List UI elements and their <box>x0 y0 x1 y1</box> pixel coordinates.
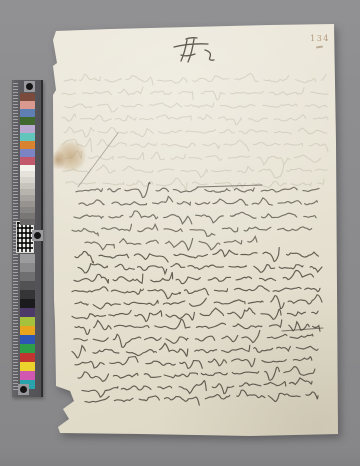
calibration-color-patch <box>20 125 35 133</box>
fiducial-dot-bottom <box>20 386 27 393</box>
paper-stain-edge <box>52 150 66 170</box>
calibration-color-patch <box>20 157 35 165</box>
fiducial-dot-middle <box>34 232 41 239</box>
color-calibration-target <box>12 80 43 397</box>
calibration-dark-step <box>20 263 35 272</box>
calibration-color-patch <box>20 371 35 380</box>
calibration-color-patch <box>20 362 35 371</box>
calibration-color-patch <box>20 93 35 101</box>
calibration-color-patch <box>20 344 35 353</box>
calibration-color-patch <box>20 317 35 326</box>
calibration-dark-step <box>20 281 35 290</box>
calibration-color-patch <box>20 117 35 125</box>
folio-number: 134 <box>300 34 340 43</box>
calibration-color-patch <box>20 133 35 141</box>
folio-tick-mark <box>316 46 323 49</box>
calibration-gray-step <box>20 219 35 225</box>
calibration-dark-step <box>20 254 35 263</box>
calibration-color-patch <box>20 141 35 149</box>
photograph-stage: 134 <box>0 0 360 466</box>
calibration-color-patch <box>20 326 35 335</box>
manuscript-page: 134 <box>50 22 340 442</box>
calibration-dark-step <box>20 272 35 281</box>
calibration-color-patch <box>20 101 35 109</box>
calibration-barcode <box>17 222 33 252</box>
calibration-color-patch <box>20 308 35 317</box>
calibration-color-patch <box>20 109 35 117</box>
calibration-color-patch <box>20 335 35 344</box>
paper-shadow-wrap: 134 <box>0 0 360 466</box>
calibration-color-patch <box>20 353 35 362</box>
calibration-color-patch <box>20 149 35 157</box>
calibration-dark-step <box>20 290 35 299</box>
fiducial-dot-top <box>26 83 33 90</box>
calibration-dark-step <box>20 299 35 308</box>
